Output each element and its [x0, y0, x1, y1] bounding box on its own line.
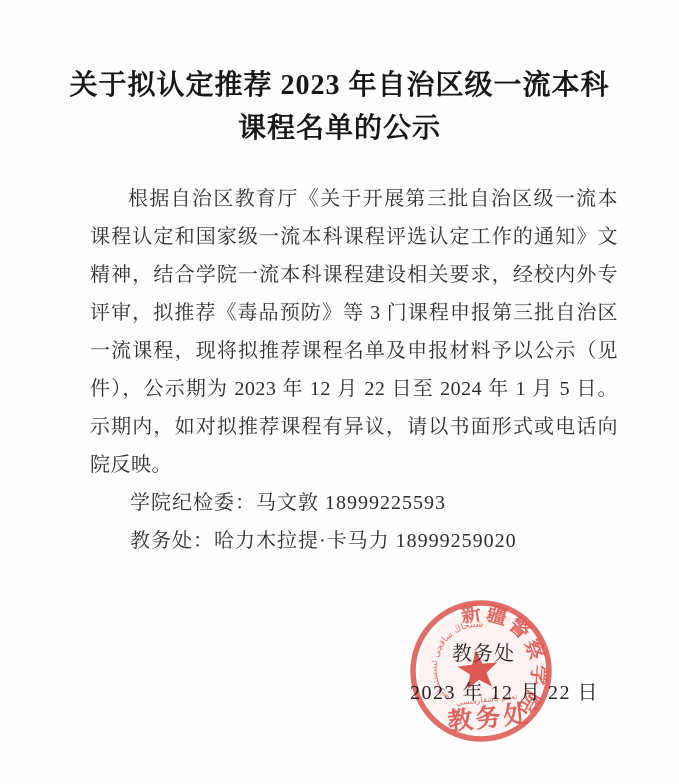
seal-arc-char: 学 — [526, 664, 551, 686]
paragraph-line: 精神，结合学院一流本科课程建设相关要求，经校内外专家 — [90, 256, 618, 294]
title-line-2: 课程名单的公示 — [0, 107, 679, 150]
paragraph-line: 课程认定和国家级一流本科课程评选认定工作的通知》文件 — [90, 218, 618, 256]
paragraph-line: 件），公示期为 2023 年 12 月 22 日至 2024 年 1 月 5 日… — [90, 370, 618, 408]
page-title: 关于拟认定推荐 2023 年自治区级一流本科 课程名单的公示 — [0, 64, 679, 150]
contact-line-academic-affairs: 教务处：哈力木拉提·卡马力 18999259020 — [90, 522, 618, 560]
contact-line-discipline-committee: 学院纪检委：马文敦 18999225593 — [90, 484, 618, 522]
paragraph-line: 评审，拟推荐《毒品预防》等 3 门课程申报第三批自治区级 — [90, 294, 618, 332]
title-line-1: 关于拟认定推荐 2023 年自治区级一流本科 — [0, 64, 679, 107]
paragraph-line: 一流课程，现将拟推荐课程名单及申报材料予以公示（见附 — [90, 332, 618, 370]
paragraph-line: 院反映。 — [90, 446, 618, 484]
document-page: 关于拟认定推荐 2023 年自治区级一流本科 课程名单的公示 根据自治区教育厅《… — [0, 0, 679, 784]
paragraph-line: 示期内，如对拟推荐课程有异议，请以书面形式或电话向学 — [90, 408, 618, 446]
paragraph-line: 根据自治区教育厅《关于开展第三批自治区级一流本科 — [90, 180, 618, 218]
body-paragraph: 根据自治区教育厅《关于开展第三批自治区级一流本科 课程认定和国家级一流本科课程评… — [90, 180, 618, 560]
official-seal: 新 疆 警 察 学 院 شىنجاڭ ساقچى ئىنىستىتۇتى تەل… — [380, 575, 590, 765]
